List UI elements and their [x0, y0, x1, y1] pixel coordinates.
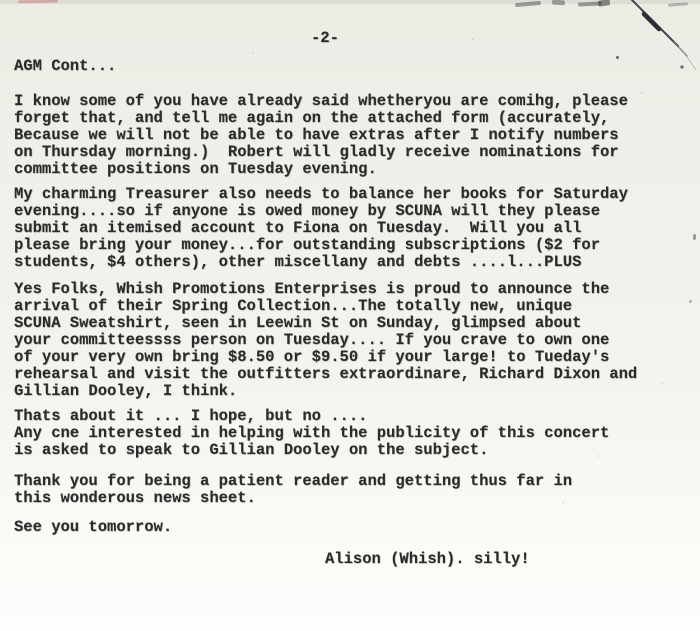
ink-speck: [616, 56, 619, 59]
scanned-newsletter-page: -2- AGM Cont... I know some of you have …: [0, 0, 700, 631]
paragraph-sweatshirt: Yes Folks, Whish Promotions Enterprises …: [14, 281, 637, 400]
ink-smudge: [515, 1, 541, 7]
ink-speck: [689, 300, 692, 303]
ink-smudge: [552, 0, 565, 5]
page-number: -2-: [311, 30, 339, 47]
ink-smudge: [578, 1, 602, 6]
ink-smudge: [598, 0, 611, 7]
paragraph-treasurer: My charming Treasurer also needs to bala…: [14, 186, 628, 271]
ink-speck: [693, 234, 696, 240]
scan-top-edge-shadow: [0, 0, 700, 4]
paper-grain-speckles: [0, 0, 2, 2]
paragraph-agm-form: I know some of you have already said whe…: [14, 93, 628, 178]
ink-smudge: [668, 2, 688, 6]
closing-line: See you tomorrow.: [14, 519, 172, 536]
red-smudge-mark: [18, 0, 58, 3]
paragraph-publicity: Thats about it ... I hope, but no .... A…: [14, 408, 609, 459]
signature-line: Alison (Whish). silly!: [325, 551, 530, 568]
paragraph-thanks: Thank you for being a patient reader and…: [14, 473, 572, 507]
section-heading: AGM Cont...: [14, 58, 116, 75]
